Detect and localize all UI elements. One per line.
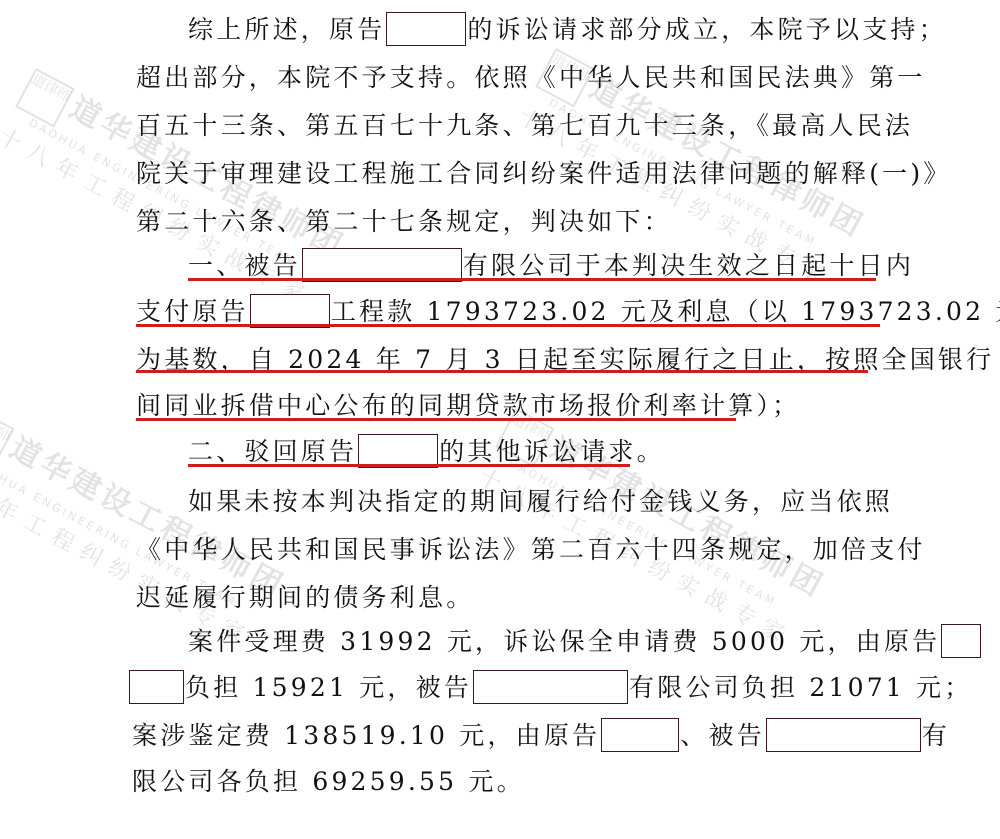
paragraph-fees-line: 限公司各负担 69259.55 元。 (132, 762, 525, 802)
redacted-plaintiff (358, 434, 438, 468)
redacted-plaintiff (941, 624, 981, 658)
highlight-underline (136, 370, 868, 373)
watermark-seal-icon: 道律师 (0, 408, 15, 468)
highlight-underline (188, 464, 630, 467)
paragraph-enforcement-line: 如果未按本判决指定的期间履行给付金钱义务，应当依照 (188, 482, 893, 522)
watermark-seal-icon: 道律师 (15, 68, 75, 128)
highlight-underline (188, 278, 876, 281)
paragraph-summary-line: 第二十六条、第二十七条规定，判决如下： (136, 202, 672, 242)
paragraph-fees-line: 案涉鉴定费 138519.10 元，由原告、被告有 (132, 716, 950, 756)
redacted-plaintiff (386, 12, 466, 46)
redacted-defendant (302, 248, 462, 282)
highlight-underline (136, 418, 736, 421)
paragraph-summary-line: 百五十三条、第五百七十九条、第七百九十三条，《最高人民法 (136, 106, 913, 146)
paragraph-summary-line: 超出部分，本院不予支持。依照《中华人民共和国民法典》第一 (136, 58, 926, 98)
paragraph-fees-line: 案件受理费 31992 元，诉讼保全申请费 5000 元，由原告 (188, 622, 982, 662)
paragraph-fees-line: 负担 15921 元，被告有限公司负担 21071 元； (128, 668, 972, 708)
paragraph-summary-line: 综上所述，原告的诉讼请求部分成立，本院予以支持； (188, 10, 947, 50)
redacted-defendant (766, 718, 921, 752)
paragraph-summary-line: 院关于审理建设工程施工合同纠纷案件适用法律问题的解释(一)》 (136, 154, 952, 194)
paragraph-enforcement-line: 《中华人民共和国民事诉讼法》第二百六十四条规定，加倍支付 (136, 530, 926, 570)
verdict-item-1-line: 为基数，自 2024 年 7 月 3 日起至实际履行之日止，按照全国银行 (136, 340, 994, 380)
redacted-defendant (473, 670, 628, 704)
redacted-plaintiff (250, 294, 330, 328)
redacted-plaintiff (601, 718, 679, 752)
redacted-plaintiff (129, 670, 184, 704)
paragraph-enforcement-line: 迟延履行期间的债务利息。 (136, 578, 474, 618)
highlight-underline (136, 324, 880, 327)
